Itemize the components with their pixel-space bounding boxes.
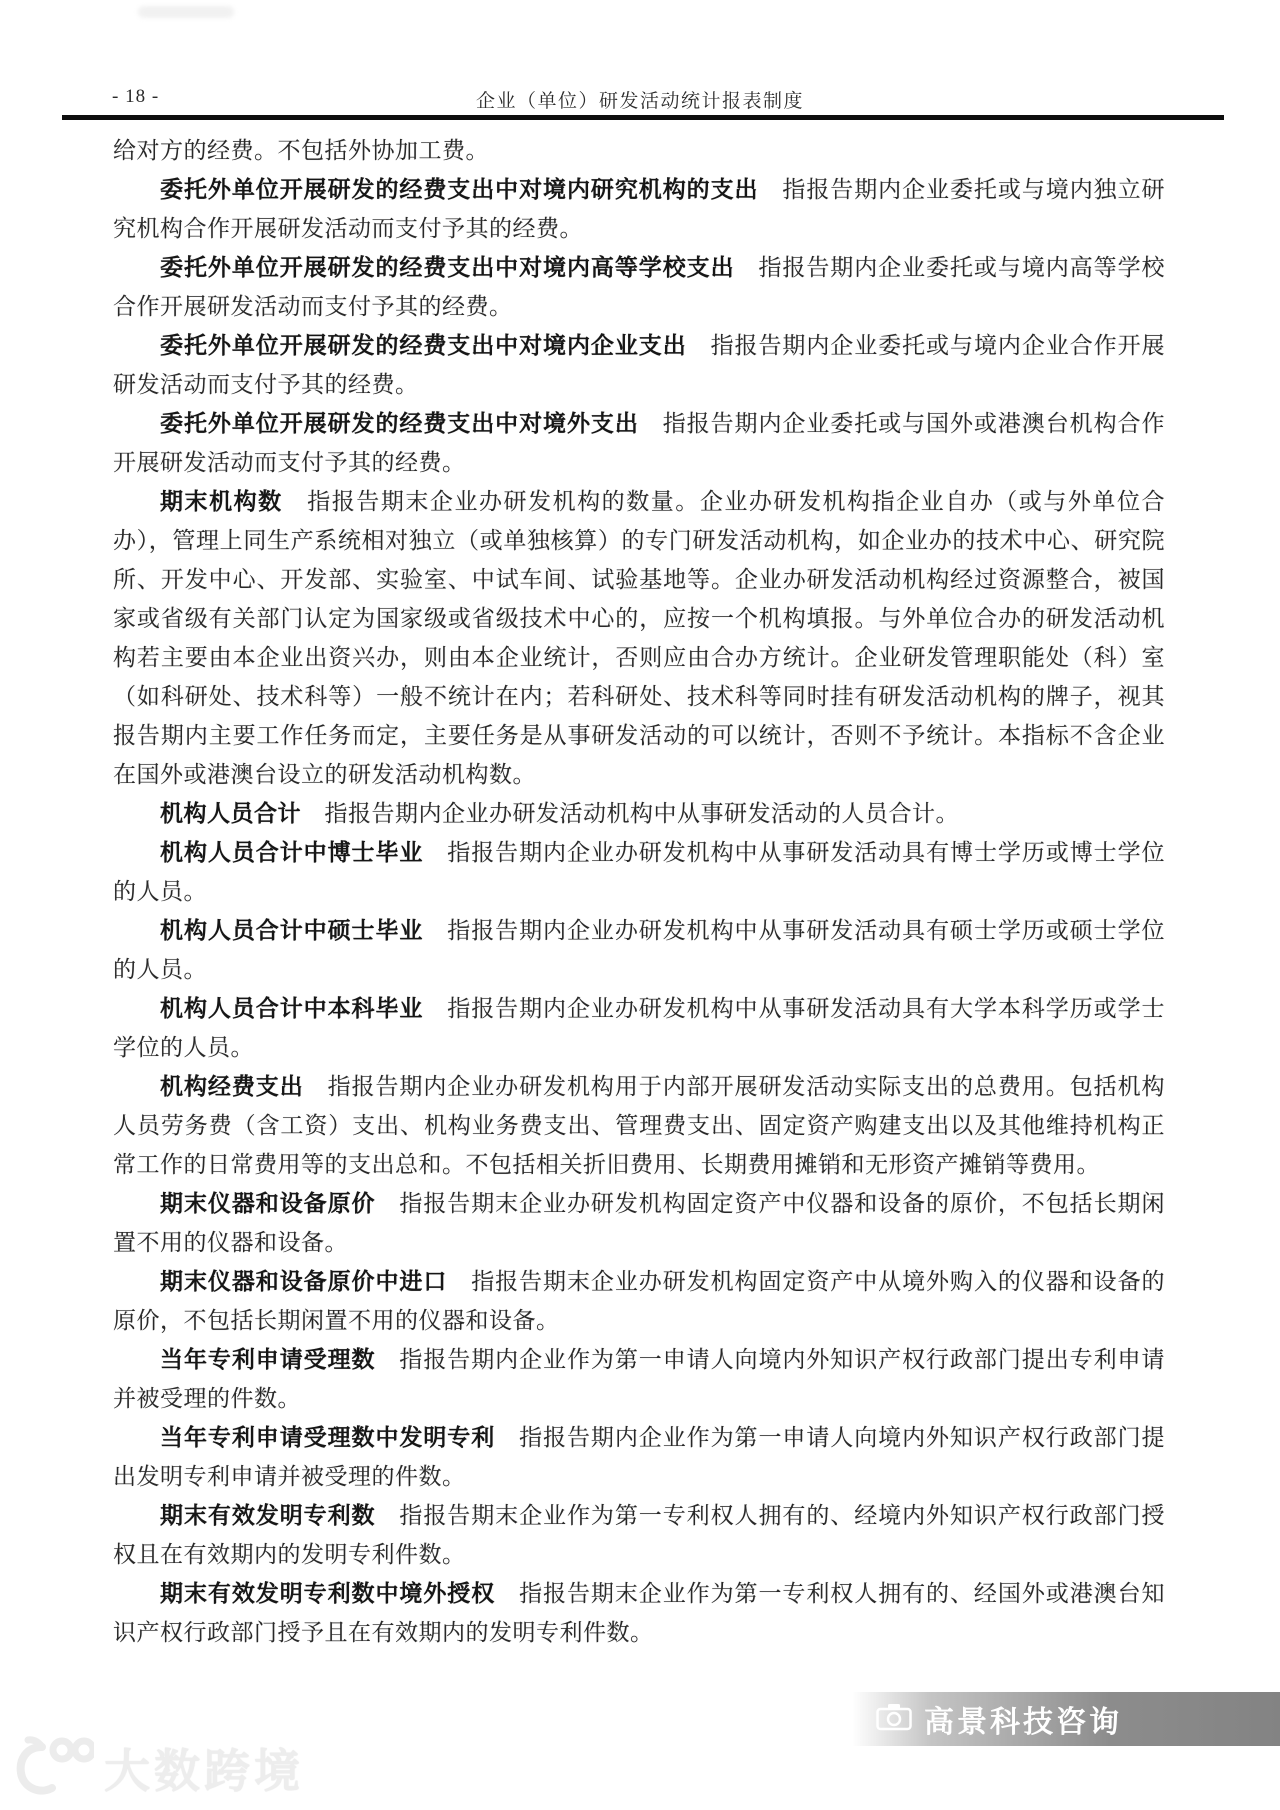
definition-paragraph: 机构人员合计中本科毕业 指报告期内企业办研发机构中从事研发活动具有大学本科学历或… (113, 989, 1165, 1067)
definition-term: 机构人员合计中本科毕业 (160, 995, 423, 1021)
definition-term: 机构人员合计中硕士毕业 (160, 917, 423, 943)
definition-paragraph: 机构人员合计中硕士毕业 指报告期内企业办研发机构中从事研发活动具有硕士学历或硕士… (113, 911, 1165, 989)
definition-paragraph: 期末有效发明专利数中境外授权 指报告期末企业作为第一专利权人拥有的、经国外或港澳… (113, 1574, 1165, 1652)
header-divider (62, 115, 1224, 120)
definition-paragraph: 期末机构数 指报告期末企业办研发机构的数量。企业办研发机构指企业自办（或与外单位… (113, 482, 1165, 794)
watermark-left: 大数跨境 (14, 1736, 304, 1800)
definition-term: 当年专利申请受理数 (160, 1346, 375, 1372)
definition-paragraph: 委托外单位开展研发的经费支出中对境内高等学校支出 指报告期内企业委托或与境内高等… (113, 248, 1165, 326)
definition-paragraph: 期末仪器和设备原价 指报告期末企业办研发机构固定资产中仪器和设备的原价，不包括长… (113, 1184, 1165, 1262)
definition-term: 委托外单位开展研发的经费支出中对境内企业支出 (160, 332, 687, 358)
camera-icon (876, 1703, 912, 1736)
definition-term: 期末仪器和设备原价 (160, 1190, 375, 1216)
definition-term: 机构经费支出 (160, 1073, 304, 1099)
definition-term: 机构人员合计中博士毕业 (160, 839, 423, 865)
definition-paragraph: 给对方的经费。不包括外协加工费。 (113, 131, 1165, 170)
definition-text: 指报告期末企业办研发机构的数量。企业办研发机构指企业自办（或与外单位合办），管理… (113, 489, 1165, 787)
definition-paragraph: 期末仪器和设备原价中进口 指报告期末企业办研发机构固定资产中从境外购入的仪器和设… (113, 1262, 1165, 1340)
definition-term: 当年专利申请受理数中发明专利 (160, 1424, 495, 1450)
watermark-left-label: 大数跨境 (104, 1735, 304, 1801)
definition-term: 期末机构数 (160, 488, 283, 514)
definition-paragraph: 委托外单位开展研发的经费支出中对境内企业支出 指报告期内企业委托或与境内企业合作… (113, 326, 1165, 404)
definition-paragraph: 机构人员合计中博士毕业 指报告期内企业办研发机构中从事研发活动具有博士学历或博士… (113, 833, 1165, 911)
definition-term: 委托外单位开展研发的经费支出中对境内研究机构的支出 (160, 176, 758, 202)
definition-term: 期末有效发明专利数 (160, 1502, 375, 1528)
definition-paragraph: 委托外单位开展研发的经费支出中对境内研究机构的支出 指报告期内企业委托或与境内独… (113, 170, 1165, 248)
definition-term: 机构人员合计 (160, 800, 301, 826)
definition-paragraph: 当年专利申请受理数 指报告期内企业作为第一申请人向境内外知识产权行政部门提出专利… (113, 1340, 1165, 1418)
scan-artifact (138, 6, 234, 18)
definition-text: 给对方的经费。不包括外协加工费。 (113, 138, 489, 163)
page-title: 企业（单位）研发活动统计报表制度 (0, 86, 1280, 113)
definition-paragraph: 期末有效发明专利数 指报告期末企业作为第一专利权人拥有的、经境内外知识产权行政部… (113, 1496, 1165, 1574)
document-page: { "header": { "page_number": "- 18 -", "… (0, 0, 1280, 1810)
definition-term: 期末仪器和设备原价中进口 (160, 1268, 447, 1294)
watermark-right: 高景科技咨询 (852, 1692, 1280, 1746)
definition-term: 期末有效发明专利数中境外授权 (160, 1580, 495, 1606)
dashu-kuajing-logo-icon (14, 1735, 94, 1802)
definition-paragraph: 机构人员合计 指报告期内企业办研发活动机构中从事研发活动的人员合计。 (113, 794, 1165, 833)
watermark-right-label: 高景科技咨询 (924, 1697, 1122, 1741)
definition-paragraph: 当年专利申请受理数中发明专利 指报告期内企业作为第一申请人向境内外知识产权行政部… (113, 1418, 1165, 1496)
definition-paragraph: 机构经费支出 指报告期内企业办研发机构用于内部开展研发活动实际支出的总费用。包括… (113, 1067, 1165, 1184)
document-body: 给对方的经费。不包括外协加工费。 委托外单位开展研发的经费支出中对境内研究机构的… (113, 131, 1165, 1652)
definition-term: 委托外单位开展研发的经费支出中对境内高等学校支出 (160, 254, 735, 280)
definition-text: 指报告期内企业办研发活动机构中从事研发活动的人员合计。 (301, 801, 959, 826)
definition-term: 委托外单位开展研发的经费支出中对境外支出 (160, 410, 639, 436)
definition-paragraph: 委托外单位开展研发的经费支出中对境外支出 指报告期内企业委托或与国外或港澳台机构… (113, 404, 1165, 482)
